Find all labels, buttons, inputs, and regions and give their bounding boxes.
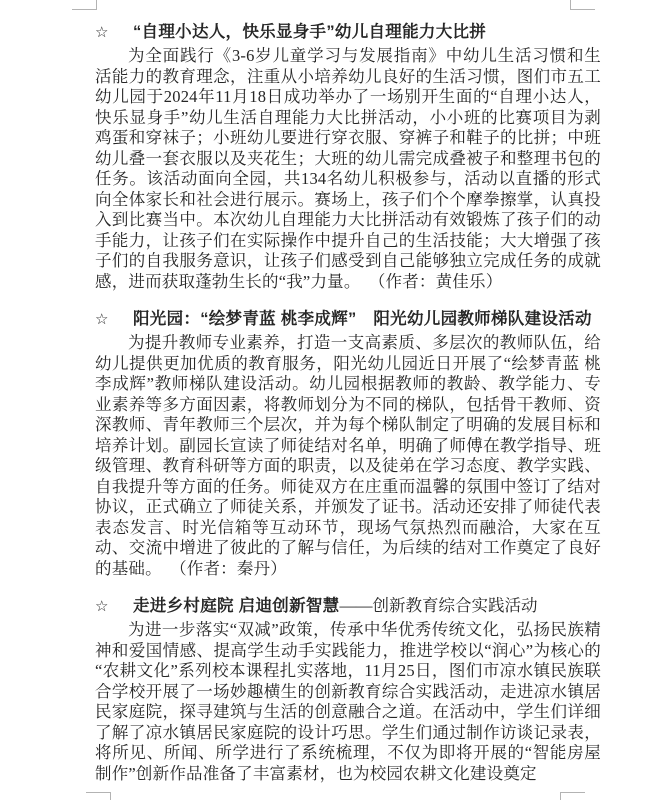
article-title: 阳光园：“绘梦青蓝 桃李成辉” 阳光幼儿园教师梯队建设活动 bbox=[133, 310, 592, 328]
star-bullet-icon: ☆ bbox=[95, 594, 133, 618]
crop-mark-top-left-icon bbox=[72, 0, 97, 10]
article-title: 走进乡村庭院 启迪创新智慧 bbox=[133, 597, 339, 615]
article-author: （作者：秦丹） bbox=[178, 559, 287, 578]
article-body-text: 为提升教师专业素养，打造一支高素质、多层次的教师队伍，给幼儿提供更加优质的教育服… bbox=[95, 333, 601, 578]
crop-mark-bottom-right-icon bbox=[560, 792, 585, 800]
article-self-care-contest: ☆“自理小达人，快乐显身手”幼儿自理能力大比拼 为全面践行《3-6岁儿童学习与发… bbox=[95, 20, 601, 292]
article-title-line: ☆“自理小达人，快乐显身手”幼儿自理能力大比拼 bbox=[95, 20, 601, 44]
article-title-line: ☆阳光园：“绘梦青蓝 桃李成辉” 阳光幼儿园教师梯队建设活动 bbox=[95, 307, 601, 331]
article-body-text: 为全面践行《3-6岁儿童学习与发展指南》中幼儿生活习惯和生活能力的教育理念，注重… bbox=[95, 46, 601, 291]
article-body: 为进一步落实“双减”政策，传承中华优秀传统文化，弘扬民族精神和爱国情感、提高学生… bbox=[95, 620, 601, 784]
article-title: “自理小达人，快乐显身手”幼儿自理能力大比拼 bbox=[133, 23, 486, 41]
article-title-suffix: ——创新教育综合实践活动 bbox=[339, 596, 537, 615]
star-bullet-icon: ☆ bbox=[95, 20, 133, 44]
article-body: 为提升教师专业素养，打造一支高素质、多层次的教师队伍，给幼儿提供更加优质的教育服… bbox=[95, 333, 601, 579]
crop-mark-bottom-left-icon bbox=[86, 792, 111, 800]
article-author: （作者：黄佳乐） bbox=[377, 272, 502, 291]
article-title-line: ☆走进乡村庭院 启迪创新智慧——创新教育综合实践活动 bbox=[95, 594, 601, 618]
page-text-area: ☆“自理小达人，快乐显身手”幼儿自理能力大比拼 为全面践行《3-6岁儿童学习与发… bbox=[95, 20, 601, 784]
document-page: ☆“自理小达人，快乐显身手”幼儿自理能力大比拼 为全面践行《3-6岁儿童学习与发… bbox=[0, 0, 671, 800]
article-body: 为全面践行《3-6岁儿童学习与发展指南》中幼儿生活习惯和生活能力的教育理念，注重… bbox=[95, 46, 601, 292]
article-rural-courtyard: ☆走进乡村庭院 启迪创新智慧——创新教育综合实践活动 为进一步落实“双减”政策，… bbox=[95, 594, 601, 784]
crop-mark-top-right-icon bbox=[570, 0, 595, 10]
star-bullet-icon: ☆ bbox=[95, 307, 133, 331]
article-body-text: 为进一步落实“双减”政策，传承中华优秀传统文化，弘扬民族精神和爱国情感、提高学生… bbox=[95, 620, 601, 783]
article-teacher-echelon: ☆阳光园：“绘梦青蓝 桃李成辉” 阳光幼儿园教师梯队建设活动 为提升教师专业素养… bbox=[95, 307, 601, 579]
